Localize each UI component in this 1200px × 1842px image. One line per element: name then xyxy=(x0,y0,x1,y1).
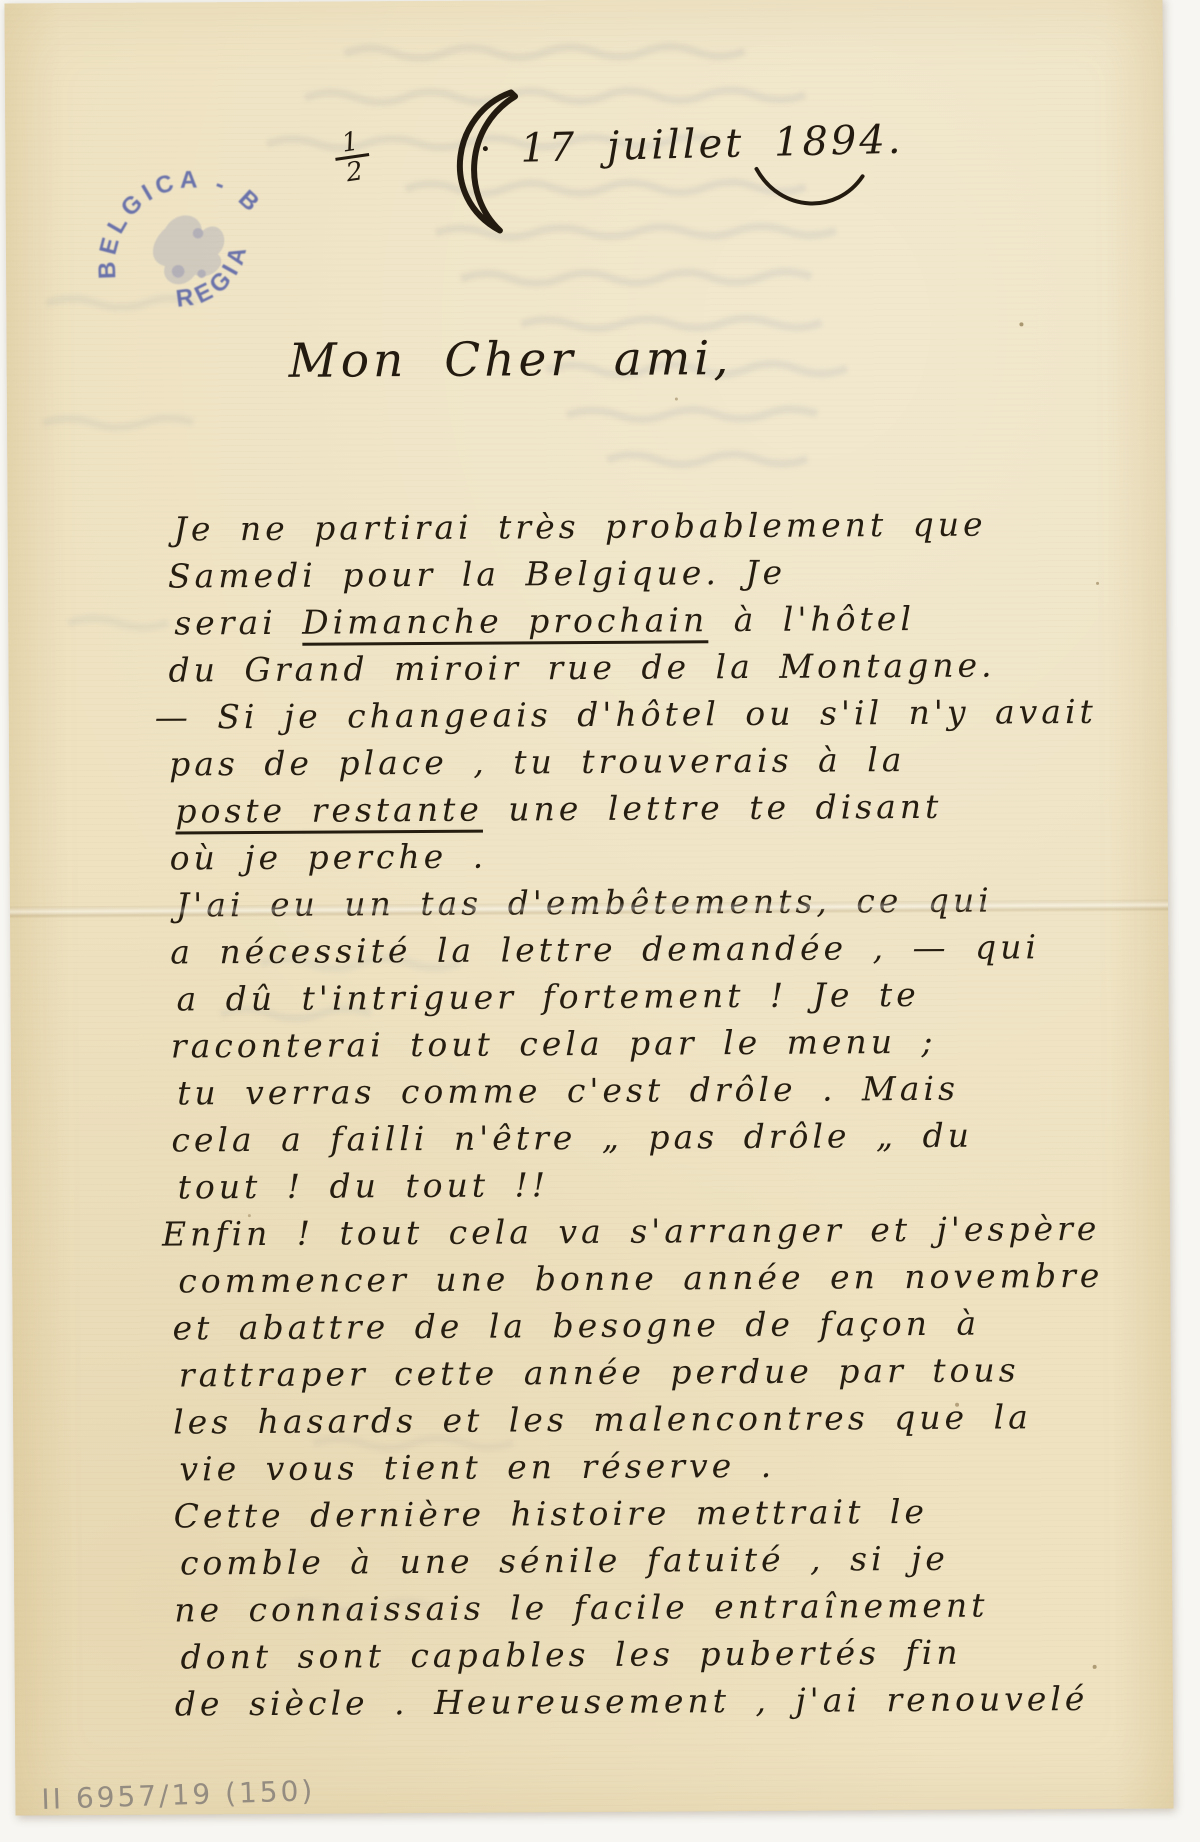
letter-line: — Si je changeais d'hôtel ou s'il n'y av… xyxy=(155,688,1100,741)
foxing-speck xyxy=(675,397,678,400)
letter-line: dont sont capables les pubertés fin xyxy=(180,1628,1105,1681)
letter-line: vie vous tient en réserve . xyxy=(179,1440,1104,1493)
letter-line: de siècle . Heureusement , j'ai renouvel… xyxy=(175,1675,1106,1728)
foxing-speck xyxy=(1096,582,1099,585)
letter-line: tu verras comme c'est drôle . Mais xyxy=(177,1064,1102,1117)
line-text: à l'hôtel xyxy=(708,599,915,639)
letter-line: ne connaissais le facile entraînement xyxy=(174,1581,1105,1634)
foxing-speck xyxy=(955,1403,959,1407)
letter-line: Je ne partirai très probablement que xyxy=(174,500,1099,553)
letter-line: tout ! du tout !! xyxy=(178,1158,1103,1211)
fraction-denominator: 2 xyxy=(336,156,374,189)
foxing-speck xyxy=(1093,1665,1097,1669)
letter-line: cela a failli n'être „ pas drôle „ du xyxy=(171,1111,1102,1164)
page-fraction: 1 2 xyxy=(331,127,373,188)
date-paraph-icon xyxy=(750,160,870,221)
underlined-phrase: Dimanche prochain xyxy=(302,600,708,641)
letter-line: commencer une bonne année en novembre xyxy=(178,1252,1103,1305)
letter-body: Je ne partirai très probablement que Sam… xyxy=(168,500,1107,1728)
letter-line: du Grand miroir rue de la Montagne. xyxy=(168,641,1099,694)
letter-line: a dû t'intriguer fortement ! Je te xyxy=(176,970,1101,1023)
letter-line: a nécessité la lettre demandée , — qui xyxy=(170,923,1101,976)
scan-background: { "header": { "page_mark": { "numerator"… xyxy=(0,0,1200,1842)
letter-line: poste restante une lettre te disant xyxy=(175,782,1100,835)
letter-paper: BELGICA - BIBLIOTHECA REGIA 1 2 17 juill… xyxy=(4,0,1173,1816)
letter-line: rattraper cette année perdue par tous xyxy=(179,1346,1104,1399)
letter-line: pas de place , tu trouverais à la xyxy=(169,735,1100,788)
foxing-speck xyxy=(248,1214,251,1217)
letter-line: Samedi pour la Belgique. Je xyxy=(168,547,1099,600)
line-text: une lettre te disant xyxy=(483,787,943,829)
letter-line: et abattre de la besogne de façon à xyxy=(172,1299,1103,1352)
line-text: serai xyxy=(174,603,302,643)
letter-line: où je perche . xyxy=(170,829,1101,882)
letter-line: Cette dernière histoire mettrait le xyxy=(174,1487,1105,1540)
letter-salutation: Mon Cher ami, xyxy=(288,331,732,389)
letter-line: raconterai tout cela par le menu ; xyxy=(171,1017,1102,1070)
underlined-phrase: poste restante xyxy=(175,790,483,831)
foxing-speck xyxy=(1019,322,1023,326)
letter-line: les hasards et les malencontres que la xyxy=(173,1393,1104,1446)
catalog-number-note: II 6957/19 (150) xyxy=(41,1774,316,1816)
letter-line: serai Dimanche prochain à l'hôtel xyxy=(174,594,1099,647)
letter-line: Enfin ! tout cela va s'arranger et j'esp… xyxy=(162,1205,1103,1258)
letter-line: comble à une sénile fatuité , si je xyxy=(180,1534,1105,1587)
library-stamp-icon: BELGICA - BIBLIOTHECA REGIA xyxy=(42,105,323,386)
